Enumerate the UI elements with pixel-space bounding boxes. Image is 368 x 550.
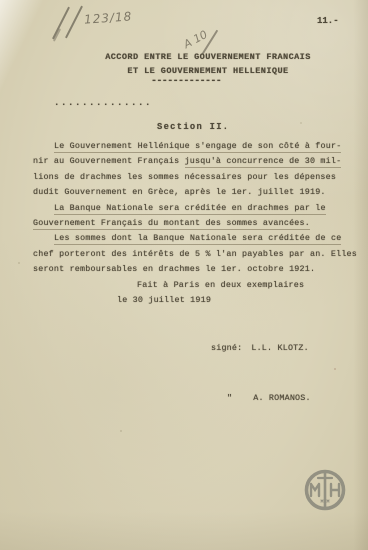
archive-reference-note: 123/18 <box>84 9 133 26</box>
body-line: La Banque Nationale sera créditée en dra… <box>33 203 355 218</box>
signed-label: signé: <box>211 343 242 353</box>
page-number: 11.- <box>317 16 339 26</box>
signatory-name: A. ROMANOS. <box>253 393 310 403</box>
body-line: chef porteront des intérêts de 5 % l'an … <box>33 249 355 264</box>
body-line: nir au Gouvernement Français jusqu'à con… <box>33 156 355 171</box>
signature-row: signé:L.L. KLOTZ. <box>211 340 311 357</box>
ditto-mark: " <box>227 393 232 403</box>
body-line: seront remboursables en drachmes le 1er.… <box>33 264 355 279</box>
dotted-separator: .............. <box>54 98 152 108</box>
paper-speck <box>334 368 336 370</box>
title-line-1: ACCORD ENTRE LE GOUVERNEMENT FRANCAIS <box>48 51 368 65</box>
scanned-document-page: 123/18 11.- A 10 ACCORD ENTRE LE GOUVERN… <box>0 0 368 550</box>
body-line: dudit Gouvernement en Grèce, après le 1e… <box>33 187 355 202</box>
signature-block: signé:L.L. KLOTZ. "A. ROMANOS. <box>211 307 311 439</box>
paper-speck <box>300 122 302 124</box>
document-title: ACCORD ENTRE LE GOUVERNEMENT FRANCAIS ET… <box>0 51 368 78</box>
body-line: Les sommes dont la Banque Nationale sera… <box>33 233 355 248</box>
document-body: Le Gouvernement Hellénique s'engage de s… <box>33 141 355 310</box>
closing-line: Fait à Paris en deux exemplaires <box>33 280 355 295</box>
body-line: Gouvernement Français du montant des som… <box>33 218 355 233</box>
signatory-name: L.L. KLOTZ. <box>251 343 308 353</box>
body-line: lions de drachmes les sommes nécessaires… <box>33 172 355 187</box>
paper-speck <box>120 430 122 432</box>
circular-monogram-stamp-icon <box>302 467 348 513</box>
paper-speck <box>18 262 20 264</box>
title-underline-dashes: ------------- <box>151 76 221 87</box>
body-line: Le Gouvernement Hellénique s'engage de s… <box>33 141 355 156</box>
section-heading: Section II. <box>157 122 229 132</box>
signature-row: "A. ROMANOS. <box>211 390 311 407</box>
